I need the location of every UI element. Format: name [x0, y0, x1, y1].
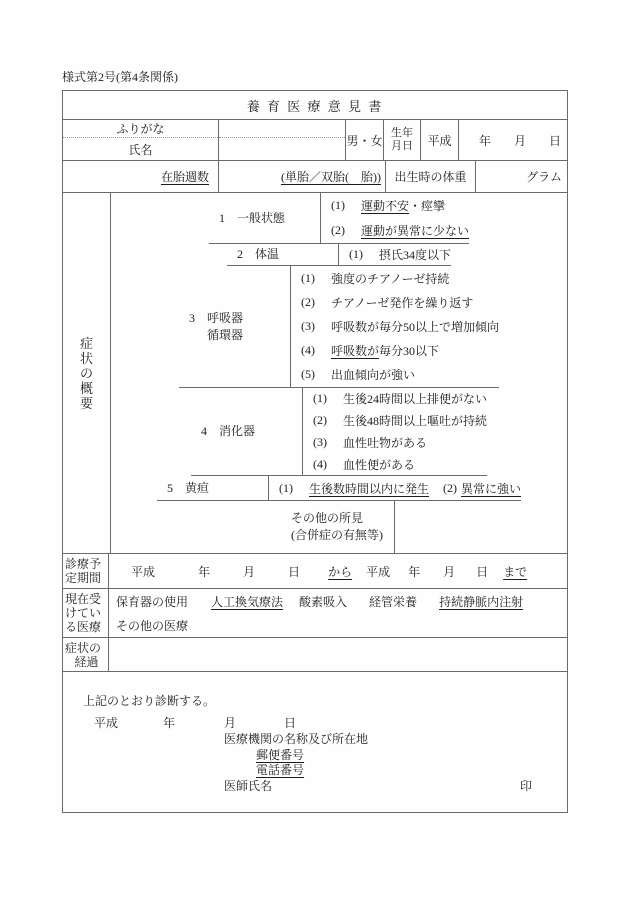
- care-option: 酸素吸入: [299, 593, 347, 610]
- period-month: 月: [443, 563, 455, 580]
- date-day-unit: 日: [284, 716, 296, 731]
- item-number: (2): [301, 295, 331, 310]
- day-unit: 日: [549, 132, 561, 149]
- symptom-item: (1)生後24時間以上排便がない: [303, 390, 487, 407]
- period-year: 年: [198, 563, 210, 580]
- symptom-item: (1)生後数時間以内に発生 (2)異常に強い: [269, 480, 521, 497]
- current-care-label: 現在受 けてい る医療: [63, 589, 109, 637]
- item-number: (2): [313, 413, 343, 428]
- gestational-weeks-label: 在胎週数: [63, 161, 219, 192]
- diagnosis-statement: 上記のとおり診断する。: [63, 694, 567, 709]
- current-care-field: 保育器の使用 人工換気療法 酸素吸入 経管栄養 持続静脈内注射 その他の医療: [109, 589, 567, 637]
- item-number: (3): [313, 435, 343, 450]
- sex-options: 男・女: [346, 120, 384, 160]
- symptom-progress-row: 症状の 経過: [63, 638, 567, 672]
- symptoms-section: 症 状 の 概 要 1一般状態 (1)運動不安・痙攣 (2)運動が異常に少ない: [63, 193, 567, 554]
- fetus-type-note: (単胎／双胎( 胎)): [219, 161, 386, 192]
- signature-section: 上記のとおり診断する。 平成 年 月 日 医療機関の名称及び所在地 郵便番号 電…: [63, 672, 567, 812]
- care-option: 保育器の使用: [116, 593, 188, 610]
- care-option: 人工換気療法: [211, 593, 283, 610]
- care-option: 経管栄養: [369, 593, 417, 610]
- current-care-row: 現在受 けてい る医療 保育器の使用 人工換気療法 酸素吸入 経管栄養 持続静脈…: [63, 589, 567, 638]
- period-day: 日: [476, 563, 488, 580]
- period-day: 日: [288, 563, 300, 580]
- item-number: (1): [279, 481, 309, 496]
- furigana-value-field: [219, 120, 345, 138]
- form-title-row: 養 育 医 療 意 見 書: [63, 91, 567, 120]
- item-number: (1): [313, 391, 343, 406]
- item-number: (1): [349, 247, 379, 262]
- seal-label: 印: [520, 779, 532, 794]
- date-era: 平成: [94, 716, 118, 731]
- birthdate-label: 生年 月日: [384, 120, 421, 160]
- symptom-group-jaundice: 5黄疸 (1)生後数時間以内に発生 (2)異常に強い: [157, 476, 521, 501]
- diagnosis-date-line: 平成 年 月 日: [63, 716, 567, 731]
- symptom-item: (5)出血傾向が強い: [291, 366, 499, 383]
- doctor-name-label: 医師氏名: [224, 779, 272, 794]
- date-month-unit: 月: [224, 716, 236, 731]
- symptom-group-respiratory: 3呼吸器 循環器 (1)強度のチアノーゼ持続 (2)チアノーゼ発作を繰り返す (…: [179, 266, 499, 388]
- item-number: (2): [443, 481, 457, 496]
- category-number: 4: [201, 423, 219, 440]
- symptom-group-digestive: 4消化器 (1)生後24時間以上排便がない (2)生後48時間以上嘔吐が持続 (…: [191, 388, 487, 476]
- category-name-line2: 循環器: [207, 327, 243, 344]
- treatment-period-label: 診療予 定期間: [63, 554, 109, 588]
- symptom-group-general: 1一般状態 (1)運動不安・痙攣 (2)運動が異常に少ない: [209, 193, 469, 244]
- symptom-item: (2)生後48時間以上嘔吐が持続: [303, 412, 487, 429]
- name-value-area: [219, 138, 345, 160]
- category-number: 3: [189, 310, 207, 327]
- symptom-item: (3)呼吸数が毎分50以上で増加傾向: [291, 318, 499, 335]
- care-option: 持続静脈内注射: [439, 593, 523, 610]
- category-number: 1: [219, 210, 237, 227]
- symptom-groups: 1一般状態 (1)運動不安・痙攣 (2)運動が異常に少ない 2体温 (1)摂氏3…: [111, 193, 567, 553]
- category-name: 体温: [255, 246, 279, 263]
- identity-row: ふりがな 氏名 男・女 生年 月日 平成 年 月 日: [63, 120, 567, 161]
- category-name: 一般状態: [237, 210, 285, 227]
- symptom-progress-field: [109, 638, 567, 671]
- treatment-period-field: 平成 年 月 日 から 平成 年 月 日 まで: [109, 554, 567, 588]
- treatment-period-row: 診療予 定期間 平成 年 月 日 から 平成 年 月 日 まで: [63, 554, 567, 589]
- period-year: 年: [408, 563, 420, 580]
- name-label: 氏名: [63, 138, 218, 160]
- item-number: (4): [313, 457, 343, 472]
- symptom-item: (1)摂氏34度以下: [339, 246, 451, 263]
- birthdate-units: 年 月 日: [459, 120, 567, 160]
- item-number: (1): [331, 198, 361, 213]
- medical-opinion-form-table: 養 育 医 療 意 見 書 ふりがな 氏名 男・女 生年 月日 平成 年 月 日: [62, 90, 568, 813]
- symptom-item: (1)運動不安・痙攣: [321, 197, 469, 214]
- item-number: (3): [301, 319, 331, 334]
- category-name: 呼吸器: [207, 310, 243, 327]
- symptom-item: (4)血性便がある: [303, 456, 487, 473]
- item-number: (4): [301, 343, 331, 358]
- period-month: 月: [243, 563, 255, 580]
- symptom-item: (1)強度のチアノーゼ持続: [291, 270, 499, 287]
- category-number: 5: [167, 480, 185, 497]
- institution-label: 医療機関の名称及び所在地: [63, 732, 567, 747]
- item-number: (1): [301, 271, 331, 286]
- item-number: (5): [301, 367, 331, 382]
- item-number: (2): [331, 223, 361, 238]
- month-unit: 月: [514, 132, 526, 149]
- era-label: 平成: [421, 120, 459, 160]
- phone-number-label: 電話番号: [63, 763, 567, 778]
- name-value-field: [219, 120, 346, 160]
- name-label-cell: ふりがな 氏名: [63, 120, 219, 160]
- category-name: 黄疸: [185, 480, 209, 497]
- form-number: 様式第2号(第4条関係): [62, 68, 178, 85]
- period-era: 平成: [131, 563, 155, 580]
- category-name: 消化器: [219, 423, 255, 440]
- form-page: 様式第2号(第4条関係) 養 育 医 療 意 見 書 ふりがな 氏名 男・女 生…: [0, 0, 630, 903]
- category-number: 2: [237, 246, 255, 263]
- category-name: その他の所見: [291, 510, 363, 527]
- furigana-label: ふりがな: [63, 120, 218, 138]
- period-until: まで: [503, 563, 527, 580]
- other-care-label: その他の医療: [116, 617, 188, 634]
- period-from: から: [328, 563, 352, 580]
- birth-weight-label: 出生時の体重: [386, 161, 476, 192]
- form-title: 養 育 医 療 意 見 書: [247, 96, 384, 115]
- year-unit: 年: [479, 132, 491, 149]
- period-era: 平成: [366, 563, 390, 580]
- symptom-item: (2)チアノーゼ発作を繰り返す: [291, 294, 499, 311]
- postal-code-label: 郵便番号: [63, 748, 567, 763]
- symptoms-section-label: 症 状 の 概 要: [63, 193, 111, 553]
- gestation-row: 在胎週数 (単胎／双胎( 胎)) 出生時の体重 グラム: [63, 161, 567, 193]
- symptom-item: (2)運動が異常に少ない: [321, 222, 469, 239]
- symptom-group-other-findings: その他の所見 (合併症の有無等): [283, 501, 395, 553]
- symptom-item: (3)血性吐物がある: [303, 434, 487, 451]
- date-year-unit: 年: [163, 716, 175, 731]
- doctor-name-line: 医師氏名 印: [63, 779, 567, 794]
- weight-unit-label: グラム: [476, 161, 567, 192]
- symptom-group-temperature: 2体温 (1)摂氏34度以下: [227, 244, 451, 266]
- category-name-line2: (合併症の有無等): [291, 527, 383, 544]
- symptom-progress-label: 症状の 経過: [63, 638, 109, 671]
- symptom-item: (4)呼吸数が毎分30以下: [291, 342, 499, 359]
